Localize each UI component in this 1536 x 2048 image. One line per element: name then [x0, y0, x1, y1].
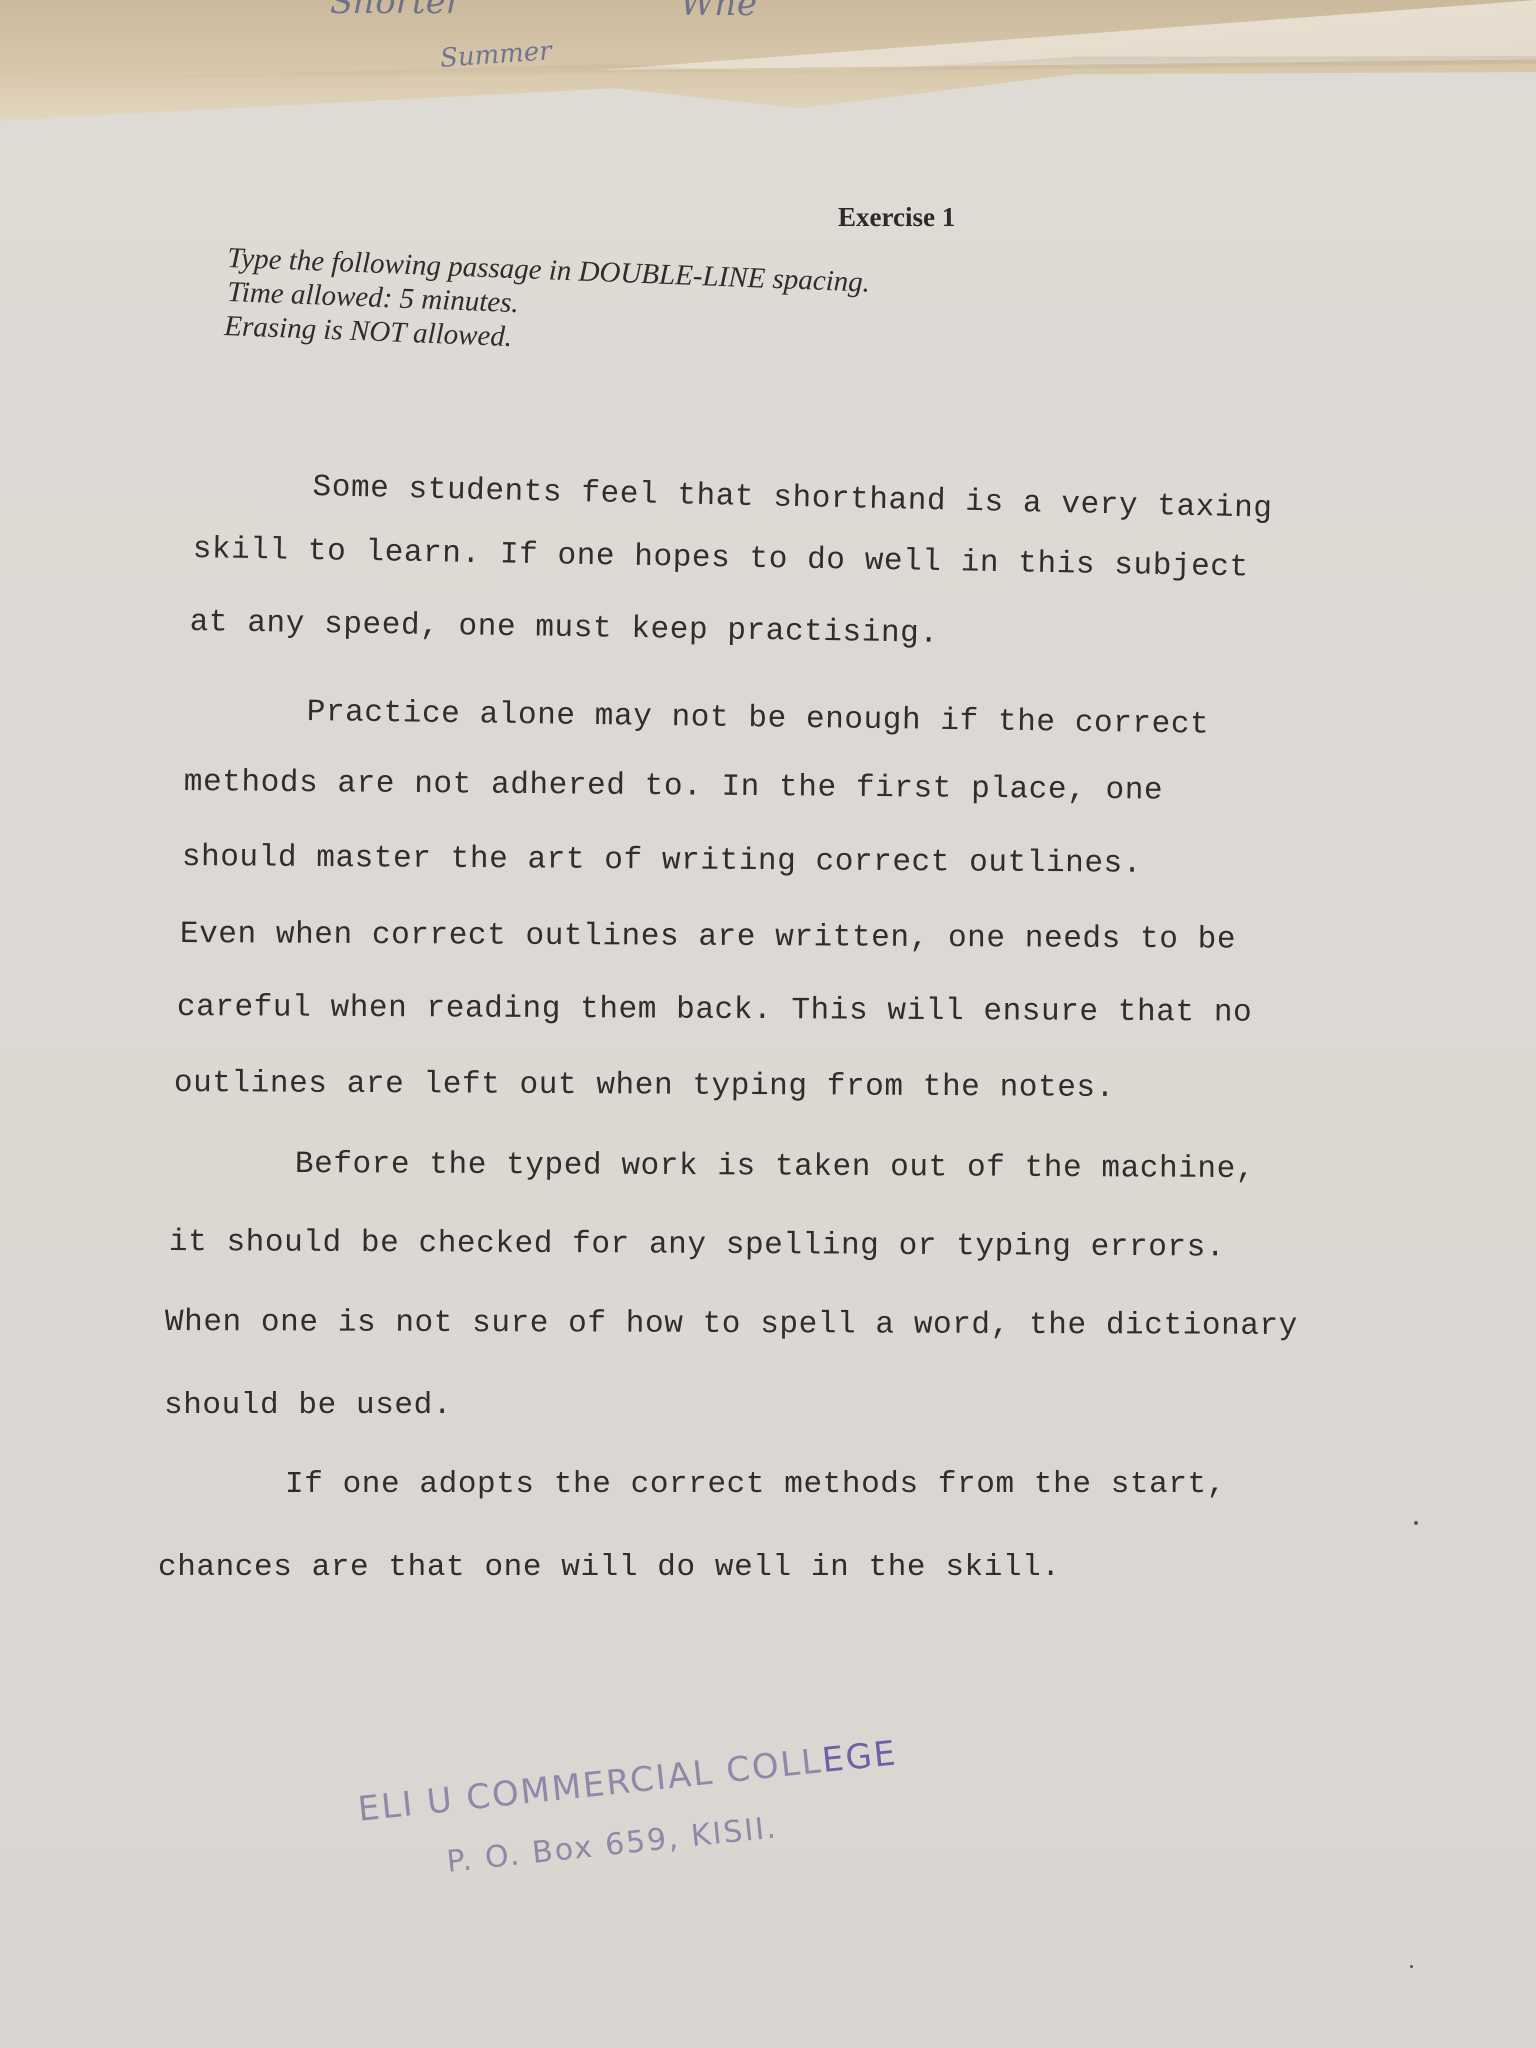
handwriting-fragment: Whe: [680, 0, 757, 24]
ink-speck: [1410, 1965, 1413, 1968]
passage-line: If one adopts the correct methods from t…: [285, 1467, 1226, 1502]
passage-line: should master the art of writing correct…: [182, 840, 1142, 882]
passage-line: it should be checked for any spelling or…: [169, 1225, 1225, 1266]
ink-speck: [1414, 1521, 1418, 1525]
passage-line: chances are that one will do well in the…: [158, 1550, 1061, 1585]
exercise-title: Exercise 1: [838, 202, 955, 233]
handwriting-fragment: Shorter: [330, 0, 462, 22]
passage-line: Before the typed work is taken out of th…: [295, 1147, 1255, 1187]
passage-line: outlines are left out when typing from t…: [174, 1066, 1115, 1106]
passage-line: Even when correct outlines are written, …: [180, 917, 1236, 958]
passage-line: When one is not sure of how to spell a w…: [165, 1305, 1298, 1344]
passage-line: careful when reading them back. This wil…: [177, 990, 1253, 1031]
stamp-text-dark: EGE: [820, 1733, 899, 1781]
passage-line: should be used.: [164, 1388, 452, 1423]
